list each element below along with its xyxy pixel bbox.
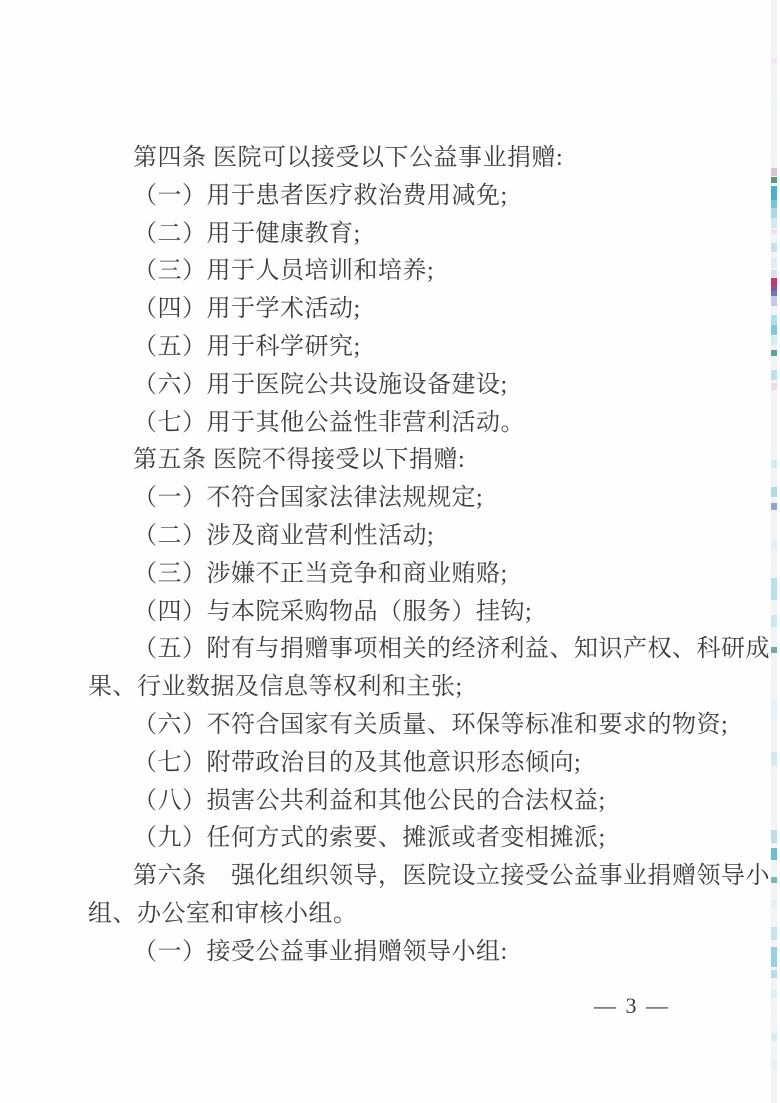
text-line: （二）用于健康教育; — [88, 216, 713, 254]
text-line: （一）接受公益事业捐赠领导小组: — [88, 934, 713, 972]
text-line: （二）涉及商业营利性活动; — [88, 518, 713, 556]
text-line: （一）用于患者医疗救治费用减免; — [88, 178, 713, 216]
text-line: （六）用于医院公共设施设备建设; — [88, 367, 713, 405]
text-line-article-6: 第六条 强化组织领导，医院设立接受公益事业捐赠领导小 — [88, 858, 713, 896]
text-line: （五）用于科学研究; — [88, 329, 713, 367]
text-line: （六）不符合国家有关质量、环保等标准和要求的物资; — [88, 707, 713, 745]
text-line: 果、行业数据及信息等权利和主张; — [88, 669, 713, 707]
text-line: （一）不符合国家法律法规规定; — [88, 480, 713, 518]
page-number: — 3 — — [594, 993, 670, 1019]
document-page: 第四条 医院可以接受以下公益事业捐赠: （一）用于患者医疗救治费用减免; （二）… — [0, 0, 780, 1103]
text-line: （三）涉嫌不正当竞争和商业贿赂; — [88, 556, 713, 594]
text-line: （三）用于人员培训和培养; — [88, 253, 713, 291]
text-line: （四）用于学术活动; — [88, 291, 713, 329]
text-line-article-4: 第四条 医院可以接受以下公益事业捐赠: — [88, 140, 713, 178]
text-line: 组、办公室和审核小组。 — [88, 896, 713, 934]
text-line: （九）任何方式的索要、摊派或者变相摊派; — [88, 820, 713, 858]
text-line-article-5: 第五条 医院不得接受以下捐赠: — [88, 442, 713, 480]
text-line: （五）附有与捐赠事项相关的经济利益、知识产权、科研成 — [88, 631, 713, 669]
document-body: 第四条 医院可以接受以下公益事业捐赠: （一）用于患者医疗救治费用减免; （二）… — [88, 140, 713, 972]
scan-artifact-strip — [771, 0, 777, 1103]
text-line: （七）附带政治目的及其他意识形态倾向; — [88, 745, 713, 783]
text-line: （七）用于其他公益性非营利活动。 — [88, 405, 713, 443]
text-line: （八）损害公共利益和其他公民的合法权益; — [88, 783, 713, 821]
text-line: （四）与本院采购物品（服务）挂钩; — [88, 594, 713, 632]
